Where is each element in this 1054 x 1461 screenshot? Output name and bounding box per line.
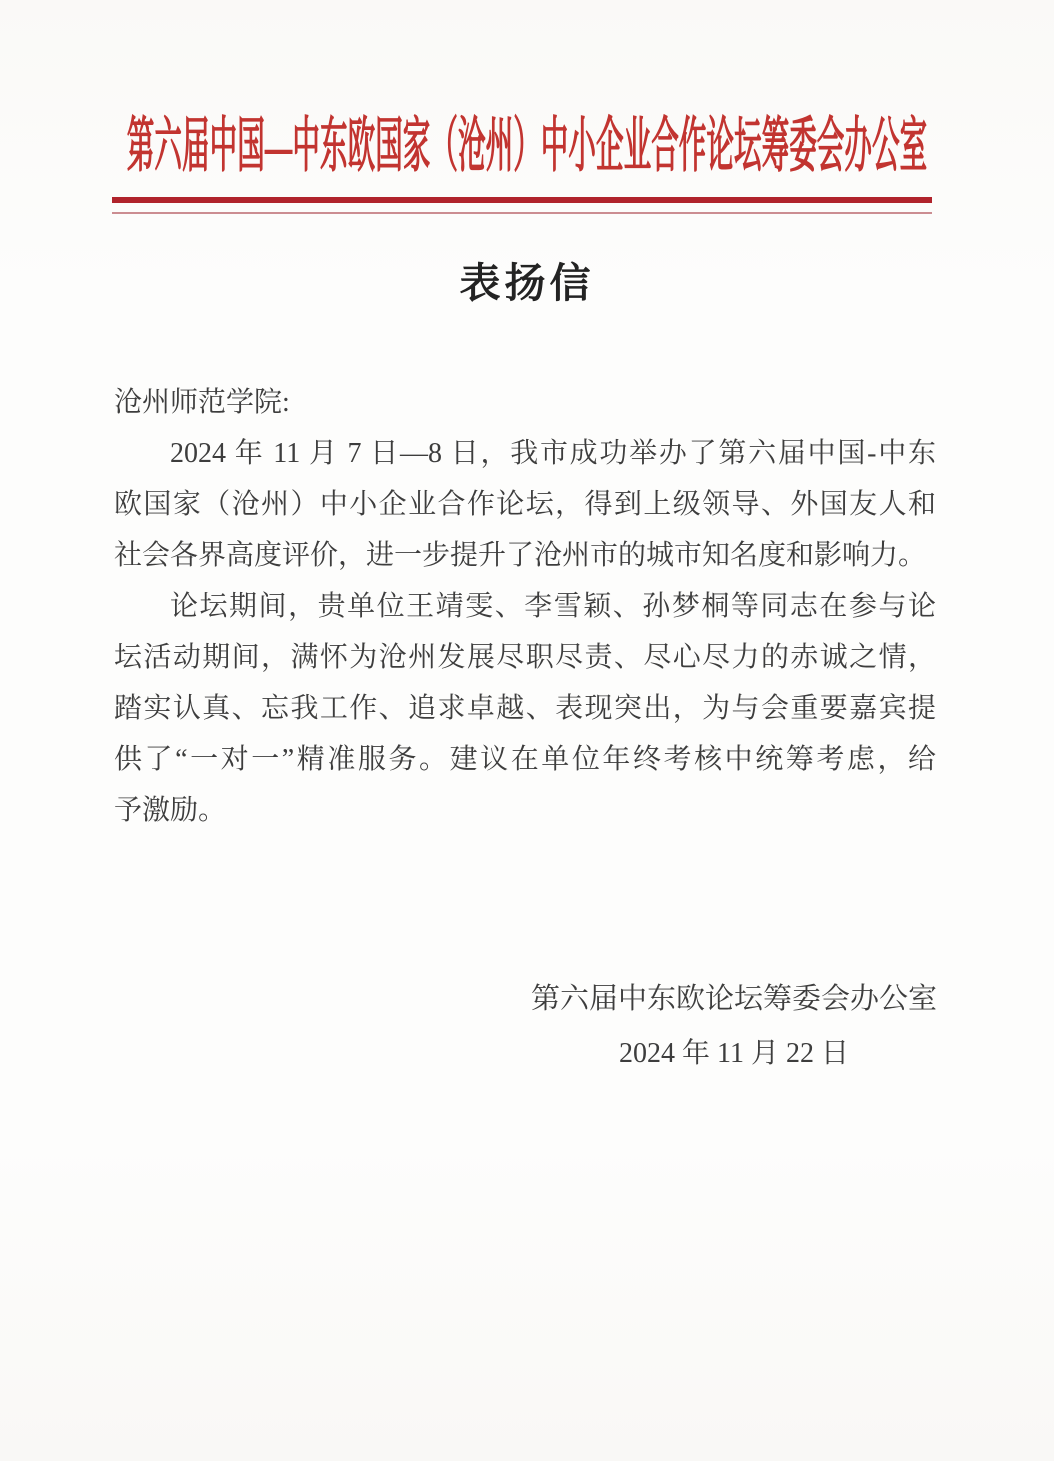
letterhead-org-title: 第六届中国—中东欧国家（沧州）中小企业合作论坛筹委会办公室 bbox=[122, 112, 932, 180]
letterhead-rule-thin bbox=[112, 212, 932, 214]
body-line: 踏实认真、忘我工作、追求卓越、表现突出，为与会重要嘉宾提 bbox=[114, 683, 936, 734]
body-line: 予激励。 bbox=[114, 785, 936, 836]
body-line: 供了“一对一”精准服务。建议在单位年终考核中统筹考虑，给 bbox=[114, 734, 936, 785]
body-line: 2024 年 11 月 7 日—8 日，我市成功举办了第六届中国-中东 bbox=[114, 428, 936, 479]
letterhead-rule-thick bbox=[112, 197, 932, 203]
commendation-letter-page: 第六届中国—中东欧国家（沧州）中小企业合作论坛筹委会办公室 表扬信 沧州师范学院… bbox=[0, 0, 1054, 1461]
body-line: 坛活动期间，满怀为沧州发展尽职尽责、尽心尽力的赤诚之情， bbox=[114, 632, 936, 683]
signature-org: 第六届中东欧论坛筹委会办公室 bbox=[531, 978, 937, 1020]
body-line: 社会各界高度评价，进一步提升了沧州市的城市知名度和影响力。 bbox=[114, 530, 936, 581]
signature-date: 2024 年 11 月 22 日 bbox=[531, 1034, 937, 1074]
document-title: 表扬信 bbox=[0, 258, 1054, 308]
signature-block: 第六届中东欧论坛筹委会办公室 2024 年 11 月 22 日 bbox=[531, 978, 937, 1074]
body-line: 欧国家（沧州）中小企业合作论坛，得到上级领导、外国友人和 bbox=[114, 479, 936, 530]
letter-body: 沧州师范学院: 2024 年 11 月 7 日—8 日，我市成功举办了第六届中国… bbox=[114, 377, 936, 836]
salutation-line: 沧州师范学院: bbox=[114, 377, 936, 428]
body-line: 论坛期间，贵单位王靖雯、李雪颖、孙梦桐等同志在参与论 bbox=[114, 581, 936, 632]
